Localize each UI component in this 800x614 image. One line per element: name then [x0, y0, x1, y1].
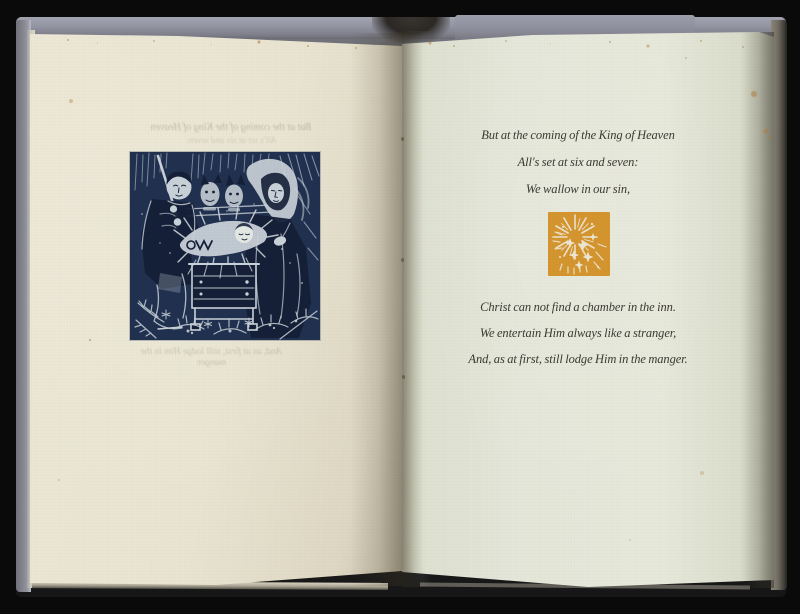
poem-stanza-1: But at the coming of the King of Heaven … [446, 122, 710, 203]
binding-stitch [402, 375, 405, 379]
poem-line: Christ can not find a chamber in the inn… [436, 294, 720, 320]
foxing-spots [0, 0, 4, 4]
left-page: But at the coming of the King of Heaven … [30, 33, 402, 589]
poem-line: We wallow in our sin, [446, 176, 710, 203]
poem-line: All's set at six and seven: [446, 149, 710, 176]
book-photograph: But at the coming of the King of Heaven … [0, 0, 800, 614]
ghost-line: All's set at six and seven: [138, 134, 324, 146]
poem-line: We entertain Him always like a stranger, [436, 320, 720, 346]
binding-stitch [401, 258, 404, 262]
poem-line: But at the coming of the King of Heaven [446, 122, 710, 149]
right-page: But at the coming of the King of Heaven … [402, 30, 774, 590]
ghost-line: But at the coming of the King of Heaven [150, 122, 311, 133]
star-woodcut-ornament [548, 212, 610, 276]
poem-stanza-2: Christ can not find a chamber in the inn… [436, 294, 720, 372]
book-spine [372, 17, 450, 43]
binding-stitch [401, 137, 404, 141]
nativity-woodcut-illustration [130, 152, 320, 340]
show-through-text-bottom: And, as at first, still lodge Him in the… [130, 347, 292, 369]
star-woodcut-svg [548, 212, 610, 276]
poem-line: And, as at first, still lodge Him in the… [436, 346, 720, 372]
ghost-line: And, as at first, still lodge Him in the… [141, 347, 282, 368]
show-through-text-top: But at the coming of the King of Heaven … [138, 122, 324, 146]
nativity-woodcut-svg [130, 152, 320, 340]
